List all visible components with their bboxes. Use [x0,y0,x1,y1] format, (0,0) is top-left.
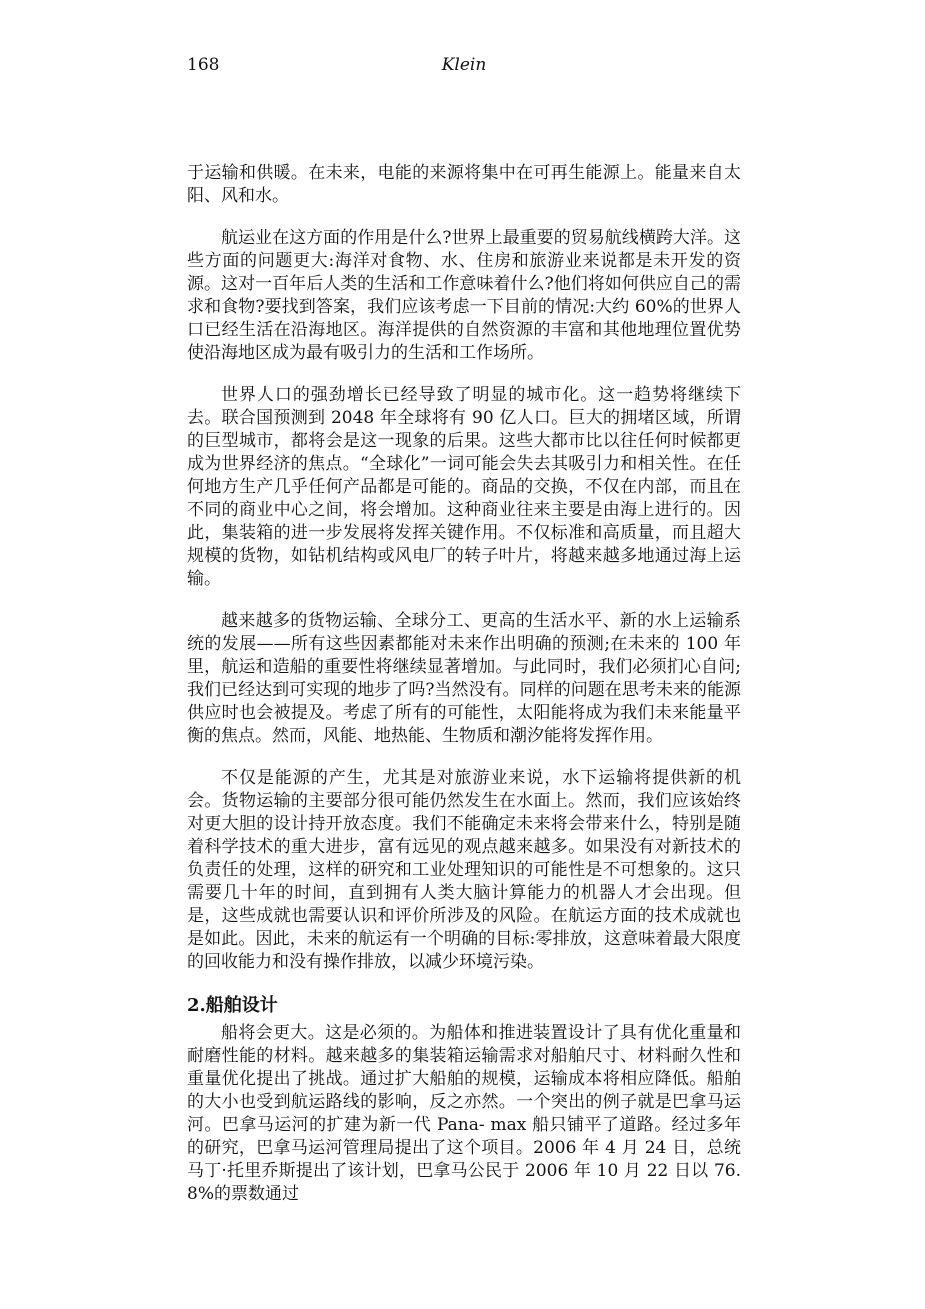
section-heading: 2.船舶设计 [187,994,741,1017]
body-paragraph-4: 越来越多的货物运输、全球分工、更高的生活水平、新的水上运输系统的发展——所有这些… [187,610,741,748]
running-title: Klein [187,55,741,75]
body-paragraph-3: 世界人口的强劲增长已经导致了明显的城市化。这一趋势将继续下去。联合国预测到 20… [187,384,741,591]
body-paragraph-6: 船将会更大。这是必须的。为船体和推进装置设计了具有优化重量和耐磨性能的材料。越来… [187,1022,741,1206]
page-body: 于运输和供暖。在未来，电能的来源将集中在可再生能源上。能量来自太阳、风和水。 航… [187,162,741,1206]
document-page: 168 Klein 于运输和供暖。在未来，电能的来源将集中在可再生能源上。能量来… [0,0,925,1309]
body-paragraph-2: 航运业在这方面的作用是什么?世界上最重要的贸易航线横跨大洋。这些方面的问题更大:… [187,227,741,365]
page-header: 168 Klein [187,55,741,81]
body-paragraph-5: 不仅是能源的产生，尤其是对旅游业来说，水下运输将提供新的机会。货物运输的主要部分… [187,767,741,974]
body-paragraph-1: 于运输和供暖。在未来，电能的来源将集中在可再生能源上。能量来自太阳、风和水。 [187,162,741,208]
